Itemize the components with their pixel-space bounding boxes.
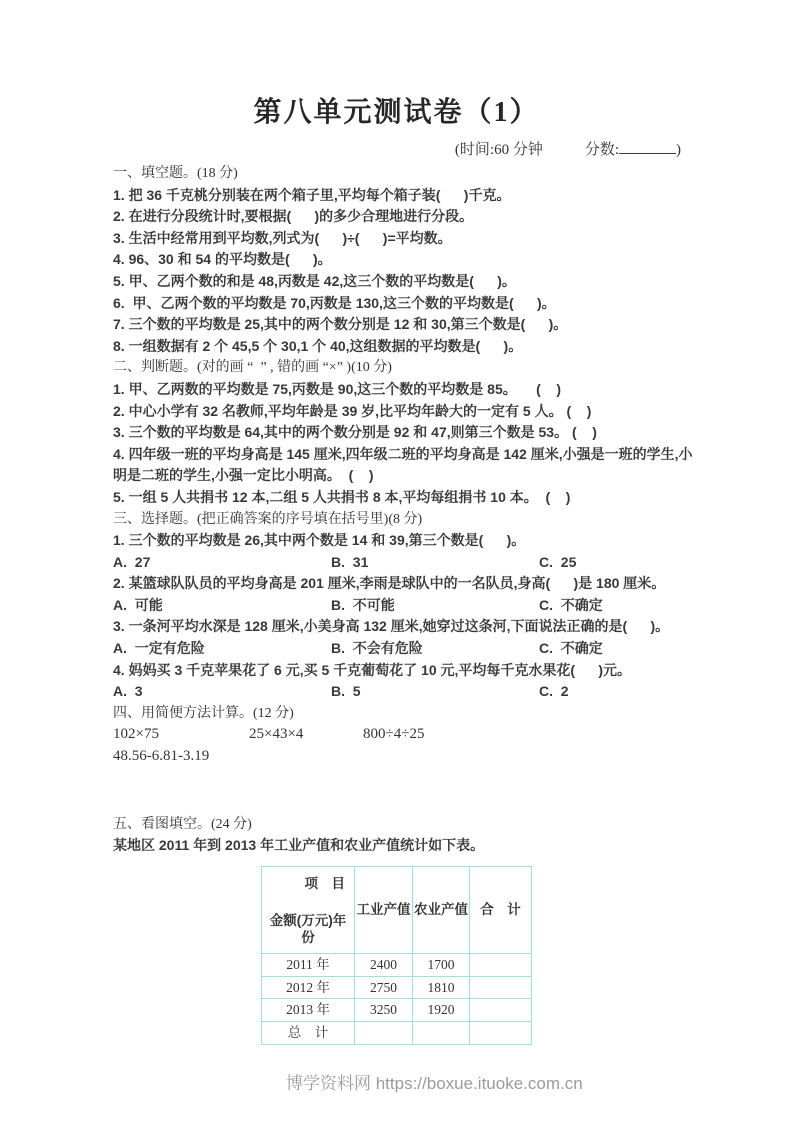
column-header-industrial: 工业产值 (355, 866, 413, 953)
question: 2. 中心小学有 32 名教师,平均年龄是 39 岁,比平均年龄大的一定有 5 … (113, 401, 697, 423)
section-3-title: 三、选择题。(把正确答案的序号填在括号里)(8 分) (113, 509, 697, 531)
cell-total (470, 1021, 532, 1044)
table-corner-cell: 项 目 金额(万元)年份 (262, 866, 355, 953)
table-row: 2013 年 3250 1920 (262, 999, 532, 1022)
section-1-title: 一、填空题。(18 分) (113, 163, 697, 185)
question: 1. 三个数的平均数是 26,其中两个数是 14 和 39,第三个数是( )。 (113, 530, 697, 552)
question: 5. 一组 5 人共捐书 12 本,二组 5 人共捐书 8 本,平均每组捐书 1… (113, 487, 697, 509)
table-intro: 某地区 2011 年到 2013 年工业产值和农业产值统计如下表。 (113, 835, 697, 857)
cell-agricultural: 1810 (413, 976, 470, 999)
question: 4. 96、30 和 54 的平均数是( )。 (113, 249, 697, 271)
table-row: 2011 年 2400 1700 (262, 954, 532, 977)
question: 8. 一组数据有 2 个 45,5 个 30,1 个 40,这组数据的平均数是(… (113, 336, 697, 358)
row-label: 总 计 (262, 1021, 355, 1044)
options-row: A. 一定有危险 B. 不会有危险 C. 不确定 (113, 638, 697, 660)
option-a: A. 一定有危险 (113, 638, 331, 660)
expression: 102×75 (113, 724, 249, 746)
option-b: B. 31 (331, 552, 539, 574)
cell-agricultural (413, 1021, 470, 1044)
table-row: 2012 年 2750 1810 (262, 976, 532, 999)
time-score-line: (时间:60 分钟分数:) (0, 138, 681, 159)
page-title: 第八单元测试卷（1） (0, 0, 793, 130)
expression: 800÷4÷25 (363, 724, 424, 746)
test-paper-page: 第八单元测试卷（1） (时间:60 分钟分数:) 一、填空题。(18 分) 1.… (0, 0, 793, 1122)
time-label: (时间:60 分钟 (455, 142, 543, 158)
section-choice: 三、选择题。(把正确答案的序号填在括号里)(8 分) 1. 三个数的平均数是 2… (113, 509, 697, 703)
section-table-fill: 五、看图填空。(24 分) 某地区 2011 年到 2013 年工业产值和农业产… (113, 814, 697, 1045)
question: 3. 生活中经常用到平均数,列式为( )÷( )=平均数。 (113, 228, 697, 250)
cell-industrial: 3250 (355, 999, 413, 1022)
cell-total (470, 999, 532, 1022)
cell-total (470, 976, 532, 999)
question: 3. 一条河平均水深是 128 厘米,小美身高 132 厘米,她穿过这条河,下面… (113, 616, 697, 638)
stats-table: 项 目 金额(万元)年份 工业产值 农业产值 合 计 2011 年 2400 1… (261, 866, 532, 1045)
option-c: C. 2 (539, 681, 569, 703)
option-b: B. 不可能 (331, 595, 539, 617)
option-b: B. 不会有危险 (331, 638, 539, 660)
option-c: C. 不确定 (539, 638, 603, 660)
cell-industrial (355, 1021, 413, 1044)
option-a: A. 3 (113, 681, 331, 703)
question: 4. 妈妈买 3 千克苹果花了 6 元,买 5 千克葡萄花了 10 元,平均每千… (113, 660, 697, 682)
score-label: 分数: (585, 142, 619, 158)
option-b: B. 5 (331, 681, 539, 703)
table-row-total: 总 计 (262, 1021, 532, 1044)
section-judge: 二、判断题。(对的画 “ ” , 错的画 “×” )(10 分) 1. 甲、乙两… (113, 357, 697, 508)
question: 5. 甲、乙两个数的和是 48,丙数是 42,这三个数的平均数是( )。 (113, 271, 697, 293)
row-label: 2011 年 (262, 954, 355, 977)
cell-industrial: 2750 (355, 976, 413, 999)
question: 2. 在进行分段统计时,要根据( )的多少合理地进行分段。 (113, 206, 697, 228)
option-a: A. 可能 (113, 595, 331, 617)
option-c: C. 25 (539, 552, 576, 574)
expression: 25×43×4 (249, 724, 363, 746)
cell-total (470, 954, 532, 977)
question: 6. 甲、乙两个数的平均数是 70,丙数是 130,这三个数的平均数是( )。 (113, 293, 697, 315)
cell-agricultural: 1920 (413, 999, 470, 1022)
row-label: 2013 年 (262, 999, 355, 1022)
calc-row: 48.56-6.81-3.19 (113, 746, 697, 768)
section-fill-blanks: 一、填空题。(18 分) 1. 把 36 千克桃分别装在两个箱子里,平均每个箱子… (113, 163, 697, 357)
question: 3. 三个数的平均数是 64,其中的两个数分别是 92 和 47,则第三个数是 … (113, 422, 697, 444)
section-4-title: 四、用简便方法计算。(12 分) (113, 703, 697, 725)
options-row: A. 3 B. 5 C. 2 (113, 681, 697, 703)
column-header-agricultural: 农业产值 (413, 866, 470, 953)
meta-close-paren: ) (676, 142, 681, 158)
column-header-total: 合 计 (470, 866, 532, 953)
cell-agricultural: 1700 (413, 954, 470, 977)
calc-row: 102×75 25×43×4 800÷4÷25 (113, 724, 697, 746)
options-row: A. 可能 B. 不可能 C. 不确定 (113, 595, 697, 617)
table-header-row: 项 目 金额(万元)年份 工业产值 农业产值 合 计 (262, 866, 532, 953)
corner-label-amount-year: 金额(万元)年份 (262, 912, 354, 946)
option-a: A. 27 (113, 552, 331, 574)
section-2-title: 二、判断题。(对的画 “ ” , 错的画 “×” )(10 分) (113, 357, 697, 379)
section-5-title: 五、看图填空。(24 分) (113, 814, 697, 836)
row-label: 2012 年 (262, 976, 355, 999)
option-c: C. 不确定 (539, 595, 603, 617)
footer-watermark: 博学资料网 https://boxue.ituoke.com.cn (286, 1069, 583, 1094)
question: 2. 某篮球队队员的平均身高是 201 厘米,李雨是球队中的一名队员,身高( )… (113, 573, 697, 595)
cell-industrial: 2400 (355, 954, 413, 977)
question: 4. 四年级一班的平均身高是 145 厘米,四年级二班的平均身高是 142 厘米… (113, 444, 697, 487)
section-calc: 四、用简便方法计算。(12 分) 102×75 25×43×4 800÷4÷25… (113, 703, 697, 768)
question: 7. 三个数的平均数是 25,其中的两个数分别是 12 和 30,第三个数是( … (113, 314, 697, 336)
question: 1. 甲、乙两数的平均数是 75,丙数是 90,这三个数的平均数是 85。 ( … (113, 379, 697, 401)
paper-body: 一、填空题。(18 分) 1. 把 36 千克桃分别装在两个箱子里,平均每个箱子… (113, 163, 697, 1045)
question: 1. 把 36 千克桃分别装在两个箱子里,平均每个箱子装( )千克。 (113, 185, 697, 207)
expression: 48.56-6.81-3.19 (113, 746, 249, 768)
options-row: A. 27 B. 31 C. 25 (113, 552, 697, 574)
score-blank-line (619, 140, 676, 154)
corner-label-item: 项 目 (305, 873, 346, 895)
